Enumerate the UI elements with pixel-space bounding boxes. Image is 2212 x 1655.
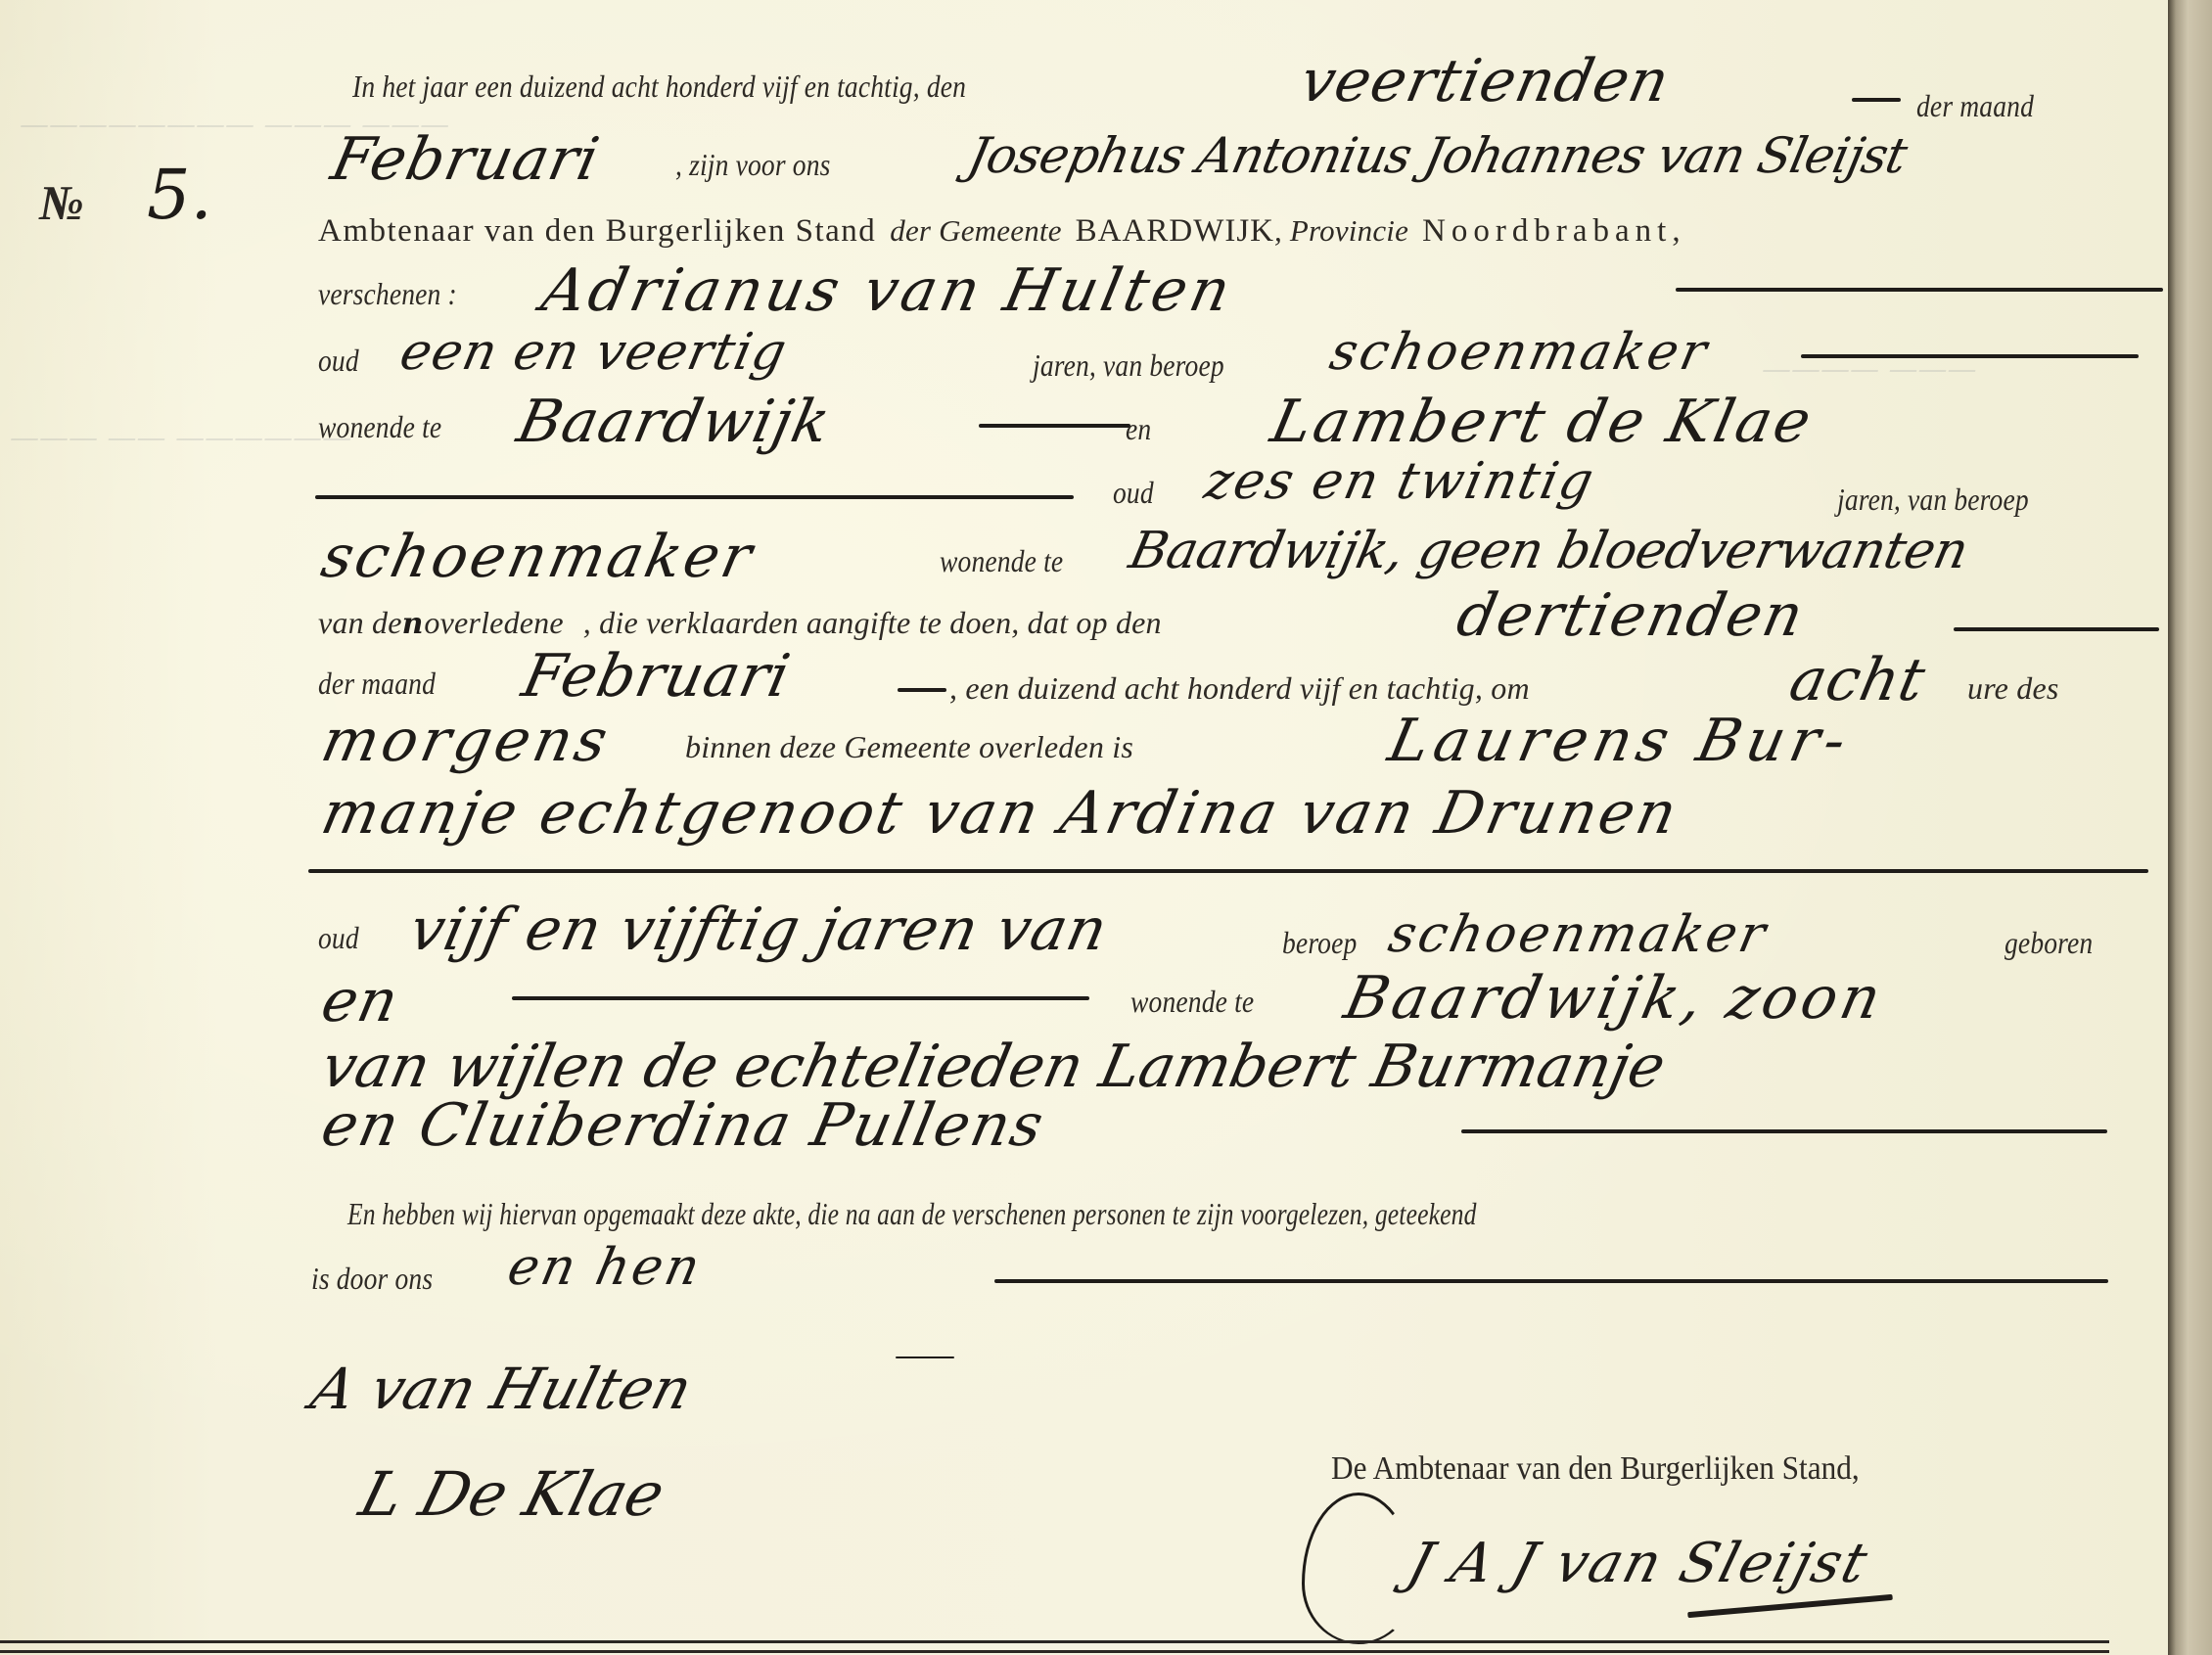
line-5-occ: schoenmaker — [1331, 323, 1708, 382]
fill-rule — [1461, 1129, 2107, 1133]
handwritten-witness-2: Lambert de Klae — [1266, 388, 1820, 456]
handwritten-day-2: dertienden — [1452, 581, 1811, 650]
line-11-deceased: Laurens Bur- — [1390, 707, 1851, 775]
fill-rule — [1954, 627, 2159, 631]
line-5-age: een en veertig — [401, 323, 786, 382]
official-signature: J A J van Sleijst — [1401, 1532, 1875, 1595]
line-10-end: ure des — [1967, 670, 2059, 707]
printed-text: , — [1672, 213, 1680, 250]
record-number-label: № — [39, 174, 84, 231]
footer-rule-bottom — [0, 1650, 2109, 1653]
fill-rule — [512, 996, 1089, 1000]
line-10-hour: acht — [1791, 646, 1924, 714]
line-13-age: vijf en vijftig jaren van — [411, 896, 1106, 964]
printed-text: en — [1126, 411, 1151, 447]
printed-text: wonende te — [1130, 984, 1254, 1020]
line-8-occ: schoenmaker — [323, 523, 754, 591]
line-6-en: en — [1126, 411, 1156, 447]
footer-rule-top — [0, 1640, 2109, 1643]
line-14-mid: wonende te — [1130, 984, 1274, 1020]
fill-rule — [315, 495, 1074, 499]
line-18-signed: en hen — [509, 1238, 702, 1297]
handwritten-occupation-1: schoenmaker — [1325, 323, 1715, 382]
line-3: Ambtenaar van den Burgerlijken Stand der… — [318, 213, 1681, 250]
handwritten-deceased-name-b: manje echtgenoot van Ardina van Drunen — [316, 779, 1685, 848]
line-14-en: en — [323, 967, 397, 1035]
handwritten-residence-3: Baardwijk, zoon — [1339, 964, 1891, 1033]
handwritten-parents-b: en Cluiberdina Pullens — [316, 1091, 1051, 1160]
line-6-label: wonende te — [318, 409, 462, 445]
fill-rule — [1676, 288, 2163, 292]
handwritten-daypart: morgens — [316, 707, 618, 775]
line-6-witness2: Lambert de Klae — [1272, 388, 1813, 456]
line-7-label: oud — [1113, 475, 1161, 511]
printed-text: oud — [1113, 475, 1154, 511]
handwritten-en: en — [316, 967, 405, 1035]
book-binding-edge — [2168, 0, 2212, 1655]
line-14-res: Baardwijk, zoon — [1346, 964, 1883, 1033]
printed-text: , Provincie — [1274, 213, 1408, 249]
line-5-mid: jaren, van beroep — [1033, 347, 1256, 384]
line-17: En hebben wij hiervan opgemaakt deze akt… — [347, 1196, 1759, 1232]
bleed-through-text: ——— —— —————— — [10, 421, 351, 455]
handwritten-deceased-name-a: Laurens Bur- — [1383, 707, 1859, 775]
line-1-day: veertienden — [1302, 47, 1669, 115]
province: Noordbrabant — [1422, 213, 1672, 250]
printed-text: overledene — [424, 605, 563, 641]
printed-text: beroep — [1282, 925, 1357, 961]
fill-rule — [1801, 354, 2139, 358]
printed-text: van de — [318, 605, 402, 641]
handwritten-day: veertienden — [1295, 47, 1676, 115]
line-1-end: der maand — [1916, 88, 2053, 124]
line-13-occ: schoenmaker — [1390, 905, 1767, 964]
handwritten-age-1: een en veertig — [395, 323, 793, 382]
printed-text: wonende te — [318, 409, 441, 445]
printed-text: oud — [318, 920, 359, 956]
fill-rule — [979, 424, 1130, 428]
record-number-value: 5. — [147, 155, 212, 235]
line-11-mid: binnen deze Gemeente overleden is — [685, 729, 1133, 765]
line-12: manje echtgenoot van Ardina van Drunen — [323, 779, 1678, 848]
municipality: BAARDWIJK — [1076, 213, 1274, 250]
line-4-witness: Adrianus van Hulten — [543, 256, 1232, 325]
handwritten-n: n — [402, 607, 425, 641]
handwritten-occupation-3: schoenmaker — [1384, 905, 1774, 964]
line-9: van de n overledene , die verklaarden aa… — [318, 605, 1162, 641]
line-2-text: , zijn voor ons — [675, 147, 855, 183]
fill-rule — [308, 869, 2148, 873]
line-1: In het jaar een duizend acht honderd vij… — [352, 69, 1066, 105]
witness-1-signature: A van Hulten — [304, 1356, 699, 1422]
signature-underline — [1687, 1594, 1893, 1618]
handwritten-residence-2: Baardwijk, geen bloedverwanten — [1125, 522, 1973, 580]
line-18-label: is door ons — [311, 1261, 452, 1297]
line-2-official: Josephus Antonius Johannes van Sleijst — [969, 127, 1906, 184]
handwritten-month: Februari — [326, 125, 606, 194]
printed-text: wonende te — [940, 543, 1063, 579]
line-7-end: jaren, van beroep — [1837, 482, 2060, 518]
official-title: De Ambtenaar van den Burgerlijken Stand, — [1331, 1450, 1906, 1488]
printed-text: binnen deze Gemeente overleden is — [685, 729, 1133, 765]
line-10-month: Februari — [524, 642, 789, 711]
printed-text: der Gemeente — [890, 213, 1061, 249]
document-page: ———————— ——— ——— ——— —— —————— ———— ——— … — [0, 0, 2168, 1655]
handwritten-signed-by: en hen — [503, 1238, 708, 1297]
line-13-mid: beroep — [1282, 925, 1369, 961]
official-title-text: De Ambtenaar van den Burgerlijken Stand, — [1331, 1450, 1860, 1488]
printed-text: geboren — [2005, 925, 2093, 961]
line-13-label: oud — [318, 920, 366, 956]
printed-text: der maand — [318, 666, 436, 702]
printed-text: , die verklaarden aangifte te doen, dat … — [583, 605, 1162, 641]
line-9-day: dertienden — [1458, 581, 1804, 650]
printed-text: jaren, van beroep — [1033, 347, 1224, 384]
line-13-end: geboren — [2005, 925, 2107, 961]
line-8-res: Baardwijk, geen bloedverwanten — [1130, 522, 1967, 580]
witness-2-signature: L De Klae — [352, 1458, 671, 1530]
printed-text: verschenen : — [318, 276, 457, 312]
handwritten-month-2: Februari — [517, 642, 797, 711]
handwritten-occupation-2: schoenmaker — [316, 523, 760, 591]
printed-text: , zijn voor ons — [675, 147, 831, 183]
handwritten-official-name: Josephus Antonius Johannes van Sleijst — [963, 127, 1912, 184]
line-10-label: der maand — [318, 666, 455, 702]
line-10-mid: , een duizend acht honderd vijf en tacht… — [949, 670, 1530, 707]
handwritten-hour: acht — [1784, 646, 1932, 714]
fill-rule — [898, 688, 946, 692]
line-16: en Cluiberdina Pullens — [323, 1091, 1043, 1160]
line-2-month: Februari — [333, 125, 598, 194]
printed-text: der maand — [1916, 88, 2034, 124]
line-5-label: oud — [318, 343, 366, 379]
line-11-daypart: morgens — [323, 707, 610, 775]
handwritten-residence-1: Baardwijk — [512, 388, 837, 456]
line-6-res: Baardwijk — [519, 388, 829, 456]
printed-text: oud — [318, 343, 359, 379]
printed-text: jaren, van beroep — [1837, 482, 2029, 518]
handwritten-age-2: zes en twintig — [1200, 452, 1600, 511]
fill-rule — [994, 1279, 2108, 1283]
line-4-label: verschenen : — [318, 276, 480, 312]
printed-text: , een duizend acht honderd vijf en tacht… — [949, 670, 1530, 707]
printed-text: ure des — [1967, 670, 2059, 707]
signature-loop-flourish — [1302, 1493, 1415, 1644]
printed-text: En hebben wij hiervan opgemaakt deze akt… — [347, 1196, 1477, 1232]
line-7-age: zes en twintig — [1206, 452, 1594, 511]
signature-flourish — [896, 1356, 954, 1358]
handwritten-age-3: vijf en vijftig jaren van — [404, 896, 1114, 964]
fill-rule — [1852, 98, 1901, 102]
handwritten-witness-1: Adrianus van Hulten — [536, 256, 1240, 325]
printed-text: In het jaar een duizend acht honderd vij… — [352, 69, 966, 105]
printed-text: is door ons — [311, 1261, 433, 1297]
line-8-mid: wonende te — [940, 543, 1083, 579]
printed-text: Ambtenaar van den Burgerlijken Stand — [318, 213, 876, 250]
